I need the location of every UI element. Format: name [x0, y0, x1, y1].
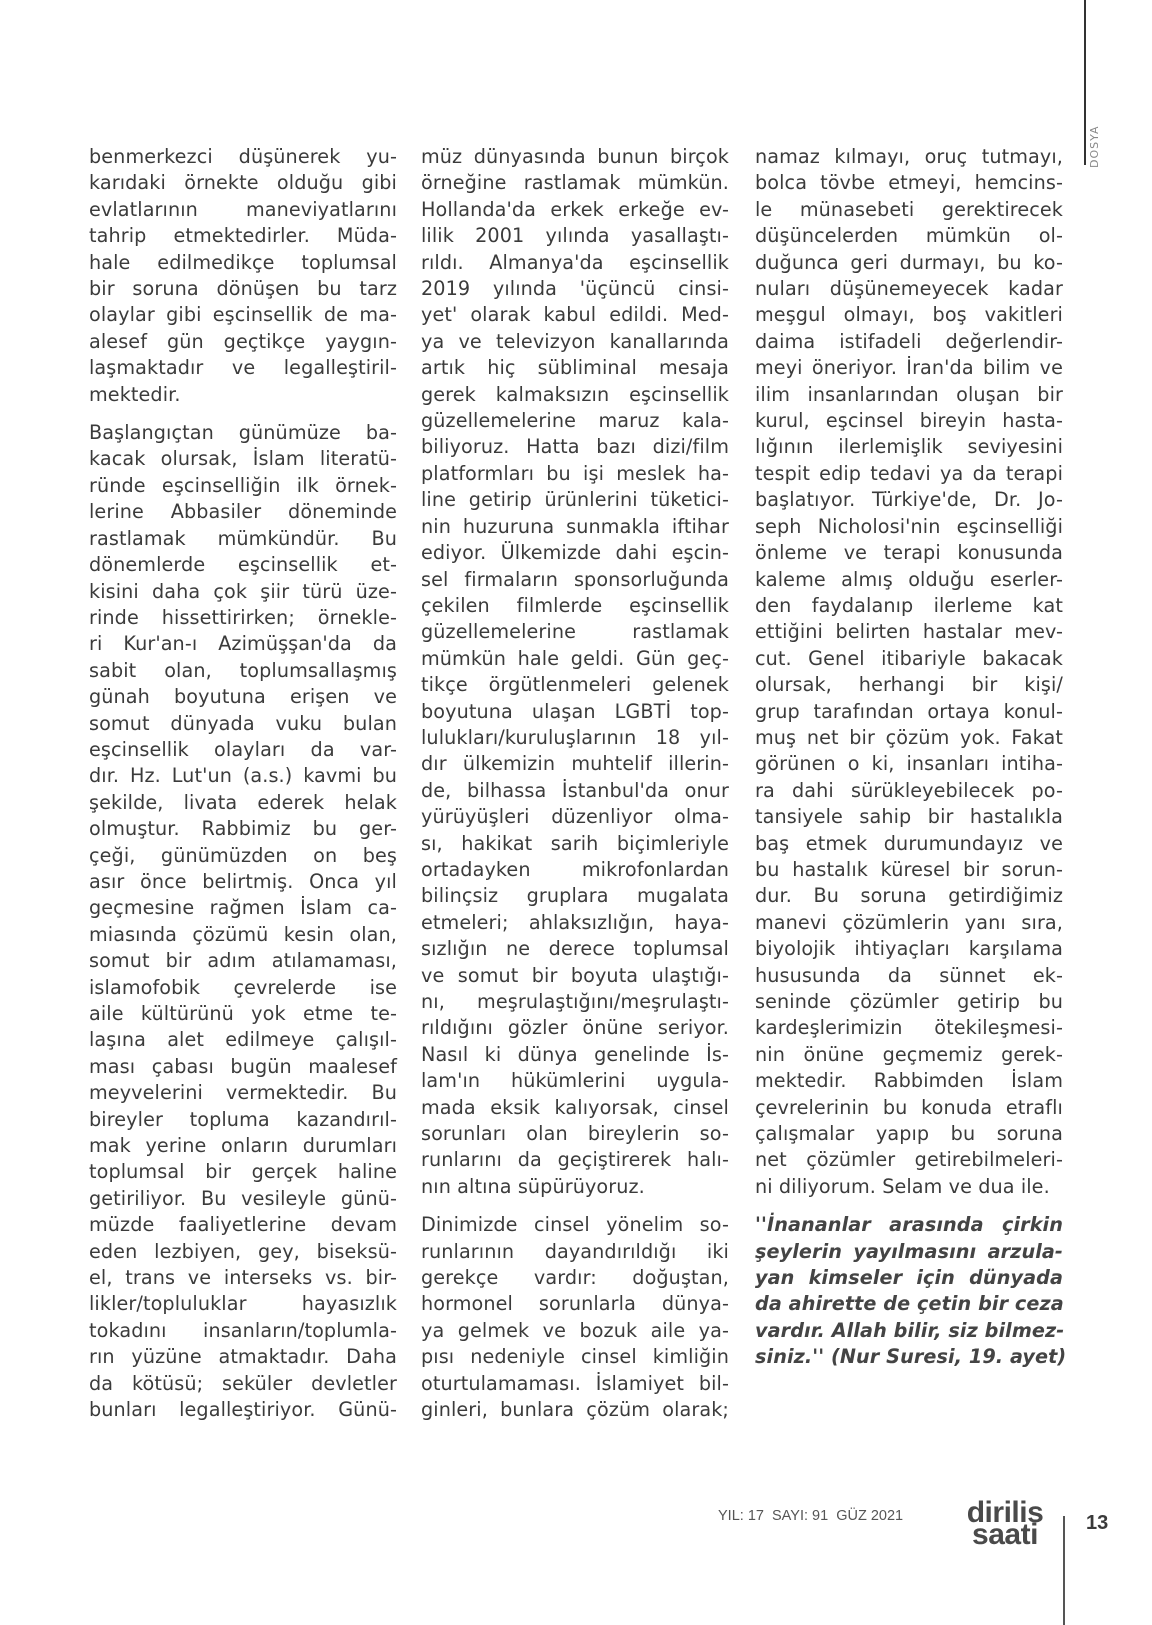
text-line: nin huzuruna sunmakla iftihar: [421, 514, 729, 540]
text-line: rın yüzüne atmaktadır. Daha: [89, 1344, 397, 1370]
text-line: ve somut bir boyuta ulaştığı-: [421, 963, 729, 989]
text-line: cut. Genel itibariyle bakacak: [755, 646, 1063, 672]
text-line: lığının ilerlemişlik seviyesini: [755, 434, 1063, 460]
text-line: yet' olarak kabul edildi. Med-: [421, 302, 729, 328]
text-line: mümkün hale geldi. Gün geç-: [421, 646, 729, 672]
text-line: tikçe örgütlenmeleri gelenek: [421, 672, 729, 698]
text-line: görünen o ki, insanları intiha-: [755, 751, 1063, 777]
text-line: Nasıl ki dünya genelinde İs-: [421, 1042, 729, 1068]
text-line: tespit edip tedavi ya da terapi: [755, 461, 1063, 487]
text-line: da ahirette de çetin bir ceza: [755, 1291, 1063, 1317]
text-line: meyi öneriyor. İran'da bilim ve: [755, 355, 1063, 381]
text-line: da kötüsü; seküler devletler: [89, 1371, 397, 1397]
text-line: 2019 yılında 'üçüncü cinsi-: [421, 276, 729, 302]
text-line: lam'ın hükümlerini uygula-: [421, 1068, 729, 1094]
text-line: somut bir adım atılamaması,: [89, 948, 397, 974]
text-line: çekilen filmlerde eşcinsellik: [421, 593, 729, 619]
text-line: ginleri, bunlara çözüm olarak;: [421, 1397, 729, 1423]
text-line: platformları bu işi meslek ha-: [421, 461, 729, 487]
text-line: boyutuna ulaşan LGBTİ top-: [421, 699, 729, 725]
text-line: seninde çözümler getirip bu: [755, 989, 1063, 1015]
text-line: line getirip ürünlerini tüketici-: [421, 487, 729, 513]
text-line: geçmesine rağmen İslam ca-: [89, 895, 397, 921]
text-line: ediyor. Ülkemizde dahi eşcin-: [421, 540, 729, 566]
text-line: ni diliyorum. Selam ve dua ile.: [755, 1174, 1063, 1200]
text-line: ması çabası bugün maalesef: [89, 1054, 397, 1080]
text-line: rinde hissettirirken; örnekle-: [89, 605, 397, 631]
text-line: hormonel sorunlarla dünya-: [421, 1291, 729, 1317]
text-line: ilim insanlarından oluşan bir: [755, 382, 1063, 408]
text-line: bolca tövbe etmeyi, hemcins-: [755, 170, 1063, 196]
text-line: aile kültürünü yok etme te-: [89, 1001, 397, 1027]
text-line: kisini daha çok şiir türü üze-: [89, 579, 397, 605]
text-line: ya gelmek ve bozuk aile ya-: [421, 1318, 729, 1344]
text-line: olaylar gibi eşcinsellik de ma-: [89, 302, 397, 328]
text-line: rıldı. Almanya'da eşcinsellik: [421, 250, 729, 276]
text-line: ya ve televizyon kanallarında: [421, 329, 729, 355]
text-line: mada eksik kalıyorsak, cinsel: [421, 1095, 729, 1121]
text-line: gerek kalmaksızın eşcinsellik: [421, 382, 729, 408]
text-line: sabit olan, toplumsallaşmış: [89, 658, 397, 684]
text-line: dır ülkemizin muhtelif illerin-: [421, 751, 729, 777]
text-line: kaleme almış olduğu eserler-: [755, 567, 1063, 593]
text-line: Hollanda'da erkek erkeğe ev-: [421, 197, 729, 223]
text-line: bireyler topluma kazandırıl-: [89, 1107, 397, 1133]
text-line: namaz kılmayı, oruç tutmayı,: [755, 144, 1063, 170]
text-line: güzellemelerine maruz kala-: [421, 408, 729, 434]
issue-info: YIL: 17 SAYI: 91 GÜZ 2021: [718, 1508, 903, 1524]
text-line: el, trans ve interseks vs. bir-: [89, 1265, 397, 1291]
text-line: likler/topluluklar hayasızlık: [89, 1291, 397, 1317]
text-line: evlatlarının maneviyatlarını: [89, 197, 397, 223]
text-line: biliyoruz. Hatta bazı dizi/film: [421, 434, 729, 460]
text-line: şekilde, livata ederek helak: [89, 790, 397, 816]
text-line: sı, hakikat sarih biçimleriyle: [421, 831, 729, 857]
text-line: örneğine rastlamak mümkün.: [421, 170, 729, 196]
text-line: etmeleri; ahlaksızlığın, haya-: [421, 910, 729, 936]
text-line: hususunda da sünnet ek-: [755, 963, 1063, 989]
text-line: muş net bir çözüm yok. Fakat: [755, 725, 1063, 751]
text-line: bir soruna dönüşen bu tarz: [89, 276, 397, 302]
section-rule: [1084, 0, 1086, 165]
article-paragraph: Dinimizde cinsel yönelim so-runlarının d…: [421, 1212, 729, 1423]
text-line: ettiğini belirten hastalar mev-: [755, 619, 1063, 645]
text-line: benmerkezci düşünerek yu-: [89, 144, 397, 170]
text-line: günah boyutuna erişen ve: [89, 684, 397, 710]
text-line: den faydalanıp ilerleme kat: [755, 593, 1063, 619]
text-line: dur. Bu soruna getirdiğimiz: [755, 883, 1063, 909]
text-line: nin önüne geçmemiz gerek-: [755, 1042, 1063, 1068]
footer-divider: [1063, 1516, 1065, 1625]
text-line: runlarını da geçiştirerek halı-: [421, 1147, 729, 1173]
text-line: pısı nedeniyle cinsel kimliğin: [421, 1344, 729, 1370]
article-column-1: benmerkezci düşünerek yu-karıdaki örnekt…: [89, 144, 397, 1436]
text-line: miasında çözümü kesin olan,: [89, 922, 397, 948]
text-line: çalışmalar yapıp bu soruna: [755, 1121, 1063, 1147]
text-line: düşüncelerden mümkün ol-: [755, 223, 1063, 249]
article-column-3: namaz kılmayı, oruç tutmayı,bolca tövbe …: [755, 144, 1063, 1383]
text-line: kardeşlerimizin ötekileşmesi-: [755, 1015, 1063, 1041]
text-line: müz dünyasında bunun birçok: [421, 144, 729, 170]
text-line: sızlığın ne derece toplumsal: [421, 936, 729, 962]
text-line: islamofobik çevrelerde ise: [89, 975, 397, 1001]
text-line: karıdaki örnekte olduğu gibi: [89, 170, 397, 196]
text-line: başlatıyor. Türkiye'de, Dr. Jo-: [755, 487, 1063, 513]
quote-paragraph: ''İnananlar arasında çirkinşeylerin yayı…: [755, 1212, 1063, 1370]
text-line: ründe eşcinselliğin ilk örnek-: [89, 473, 397, 499]
text-line: le münasebeti gerektirecek: [755, 197, 1063, 223]
article-paragraph: Başlangıçtan günümüze ba-kacak olursak, …: [89, 420, 397, 1423]
text-line: dönemlerde eşcinsellik et-: [89, 552, 397, 578]
text-line: ra dahi sürükleyebilecek po-: [755, 778, 1063, 804]
section-label: DOSYA: [1088, 118, 1104, 168]
text-line: de, bilhassa İstanbul'da onur: [421, 778, 729, 804]
text-line: nuları düşünemeyecek kadar: [755, 276, 1063, 302]
article-paragraph: namaz kılmayı, oruç tutmayı,bolca tövbe …: [755, 144, 1063, 1200]
text-line: laşmaktadır ve legalleştiril-: [89, 355, 397, 381]
text-line: Başlangıçtan günümüze ba-: [89, 420, 397, 446]
text-line: duğunca geri durmayı, bu ko-: [755, 250, 1063, 276]
text-line: olursak, herhangi bir kişi/: [755, 672, 1063, 698]
text-line: eden lezbiyen, gey, biseksü-: [89, 1239, 397, 1265]
text-line: seph Nicholosi'nin eşcinselliği: [755, 514, 1063, 540]
text-line: meşgul olmayı, boş vakitleri: [755, 302, 1063, 328]
text-line: lulukları/kuruluşlarının 18 yıl-: [421, 725, 729, 751]
text-line: sel firmaların sponsorluğunda: [421, 567, 729, 593]
text-line: kurul, eşcinsel bireyin hasta-: [755, 408, 1063, 434]
article-paragraph: müz dünyasında bunun birçokörneğine rast…: [421, 144, 729, 1200]
text-line: çeği, günümüzden on beş: [89, 843, 397, 869]
text-line: kacak olursak, İslam literatü-: [89, 446, 397, 472]
page-number: 13: [1086, 1512, 1108, 1535]
text-line: somut dünyada vuku bulan: [89, 711, 397, 737]
text-line: vardır. Allah bilir, siz bilmez-: [755, 1318, 1063, 1344]
text-line: sorunları olan bireylerin so-: [421, 1121, 729, 1147]
text-line: tansiyele sahip bir hastalıkla: [755, 804, 1063, 830]
text-line: Dinimizde cinsel yönelim so-: [421, 1212, 729, 1238]
text-line: lerine Abbasiler döneminde: [89, 499, 397, 525]
text-line: asır önce belirtmiş. Onca yıl: [89, 869, 397, 895]
text-line: nı, meşrulaştığını/meşrulaştı-: [421, 989, 729, 1015]
text-line: manevi çözümlerin yanı sıra,: [755, 910, 1063, 936]
text-line: rıldığını gözler önüne seriyor.: [421, 1015, 729, 1041]
text-line: getiriliyor. Bu vesileyle günü-: [89, 1186, 397, 1212]
text-line: rastlamak mümkündür. Bu: [89, 526, 397, 552]
text-line: daima istifadeli değerlendir-: [755, 329, 1063, 355]
text-line: runlarının dayandırıldığı iki: [421, 1239, 729, 1265]
text-line: dır. Hz. Lut'un (a.s.) kavmi bu: [89, 763, 397, 789]
text-line: tahrip etmektedirler. Müda-: [89, 223, 397, 249]
text-line: net çözümler getirebilmeleri-: [755, 1147, 1063, 1173]
text-line: grup tarafından ortaya konul-: [755, 699, 1063, 725]
text-line: toplumsal bir gerçek haline: [89, 1159, 397, 1185]
text-line: mektedir. Rabbimden İslam: [755, 1068, 1063, 1094]
text-line: güzellemelerine rastlamak: [421, 619, 729, 645]
text-line: biyolojik ihtiyaçları karşılama: [755, 936, 1063, 962]
text-line: yan kimseler için dünyada: [755, 1265, 1063, 1291]
article-paragraph: benmerkezci düşünerek yu-karıdaki örnekt…: [89, 144, 397, 408]
text-line: mektedir.: [89, 382, 397, 408]
text-line: tokadını insanların/toplumla-: [89, 1318, 397, 1344]
text-line: çevrelerinin bu konuda etraflı: [755, 1095, 1063, 1121]
text-line: önleme ve terapi konusunda: [755, 540, 1063, 566]
text-line: ri Kur'an-ı Azimüşşan'da da: [89, 631, 397, 657]
text-line: bunları legalleştiriyor. Günü-: [89, 1397, 397, 1423]
text-line: meyvelerini vermektedir. Bu: [89, 1080, 397, 1106]
text-line: ''İnananlar arasında çirkin: [755, 1212, 1063, 1238]
text-line: artık hiç sübliminal mesaja: [421, 355, 729, 381]
text-line: alesef gün geçtikçe yaygın-: [89, 329, 397, 355]
text-line: bilinçsiz gruplara mugalata: [421, 883, 729, 909]
text-line: laşına alet edilmeye çalışıl-: [89, 1027, 397, 1053]
text-line: baş etmek durumundayız ve: [755, 831, 1063, 857]
text-line: mak yerine onların durumları: [89, 1133, 397, 1159]
text-line: şeylerin yayılmasını arzula-: [755, 1239, 1063, 1265]
article-column-2: müz dünyasında bunun birçokörneğine rast…: [421, 144, 729, 1436]
text-line: lilik 2001 yılında yasallaştı-: [421, 223, 729, 249]
text-line: siniz.'' (Nur Suresi, 19. ayet): [755, 1344, 1063, 1370]
text-line: gerekçe vardır: doğuştan,: [421, 1265, 729, 1291]
text-line: oturtulamaması. İslamiyet bil-: [421, 1371, 729, 1397]
text-line: hale edilmedikçe toplumsal: [89, 250, 397, 276]
magazine-logo: dirilis saati: [950, 1502, 1060, 1546]
text-line: eşcinsellik olayları da var-: [89, 737, 397, 763]
text-line: yürüyüşleri düzenliyor olma-: [421, 804, 729, 830]
text-line: müzde faaliyetlerine devam: [89, 1212, 397, 1238]
text-line: bu hastalık küresel bir sorun-: [755, 857, 1063, 883]
text-line: olmuştur. Rabbimiz bu ger-: [89, 816, 397, 842]
text-line: ortadayken mikrofonlardan: [421, 857, 729, 883]
text-line: nın altına süpürüyoruz.: [421, 1174, 729, 1200]
